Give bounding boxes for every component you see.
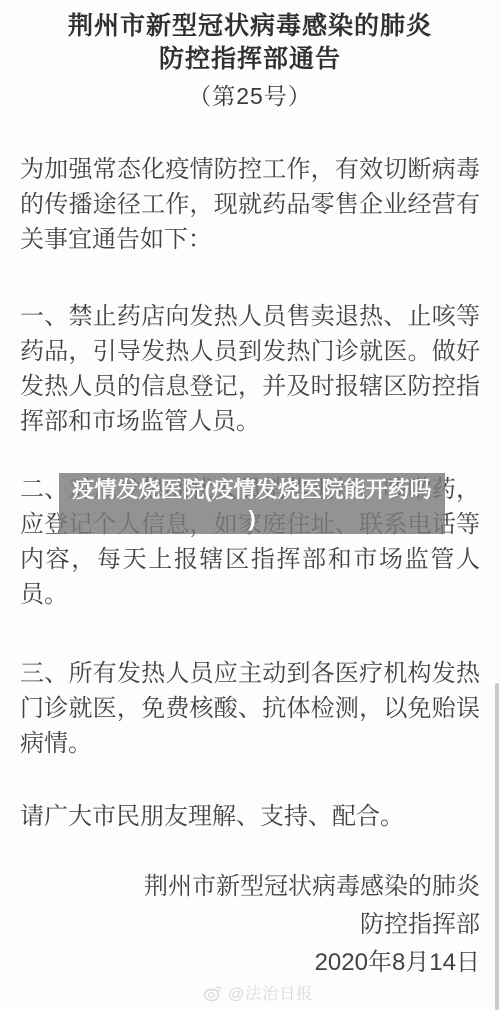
notice-title-line1: 荆州市新型冠状病毒感染的肺炎 xyxy=(20,10,480,43)
notice-document: 荆州市新型冠状病毒感染的肺炎 防控指挥部通告 （第25号） 为加强常态化疫情防控… xyxy=(0,0,500,1010)
text-line: 的传播途径工作，现就药品零售企业经营有 xyxy=(20,187,480,222)
caption-overlay: 疫情发烧医院(疫情发烧医院能开药吗 ) xyxy=(59,473,445,534)
notice-issue-number: （第25号） xyxy=(20,80,480,113)
signature-org-line1: 荆州市新型冠状病毒感染的肺炎 xyxy=(20,869,480,904)
text-line: 关事宜通告如下： xyxy=(20,222,480,257)
paragraph-item3: 三、所有发热人员应主动到各医疗机构发热 门诊就医，免费核酸、抗体检测，以免贻误 … xyxy=(20,656,480,761)
text-line: 一、禁止药店向发热人员售卖退热、止咳等 xyxy=(20,299,480,334)
paragraph-item1: 一、禁止药店向发热人员售卖退热、止咳等 药品，引导发热人员到发热门诊就医。做好 … xyxy=(20,299,480,439)
text-line: 病情。 xyxy=(20,726,480,761)
text-line: 员。 xyxy=(20,577,480,612)
text-line: 内容，每天上报辖区指挥部和市场监管人 xyxy=(20,542,480,577)
signature-org-line2: 防控指挥部 xyxy=(20,907,480,942)
text-line: 为加强常态化疫情防控工作，有效切断病毒 xyxy=(20,152,480,187)
text-line: 门诊就医，免费核酸、抗体检测，以免贻误 xyxy=(20,691,480,726)
paragraph-intro: 为加强常态化疫情防控工作，有效切断病毒 的传播途径工作，现就药品零售企业经营有 … xyxy=(20,152,480,257)
text-line: 请广大市民朋友理解、支持、配合。 xyxy=(20,799,480,834)
watermark-handle: @法治日报 xyxy=(228,981,313,1004)
text-line: 发热人员的信息登记，并及时报辖区防控指 xyxy=(20,369,480,404)
caption-overlay-line2: ) xyxy=(59,504,445,533)
weibo-icon xyxy=(203,984,223,1002)
signature-date: 2020年8月14日 xyxy=(20,945,480,980)
text-line: 药品，引导发热人员到发热门诊就医。做好 xyxy=(20,334,480,369)
text-line: 挥部和市场监管人员。 xyxy=(20,404,480,439)
paragraph-closing: 请广大市民朋友理解、支持、配合。 xyxy=(20,799,480,834)
watermark: @法治日报 xyxy=(203,981,313,1004)
caption-overlay-line1: 疫情发烧医院(疫情发烧医院能开药吗 xyxy=(59,475,445,504)
notice-title-line2: 防控指挥部通告 xyxy=(20,43,480,76)
text-line: 三、所有发热人员应主动到各医疗机构发热 xyxy=(20,656,480,691)
scrollbar-thumb[interactable] xyxy=(495,683,499,1010)
